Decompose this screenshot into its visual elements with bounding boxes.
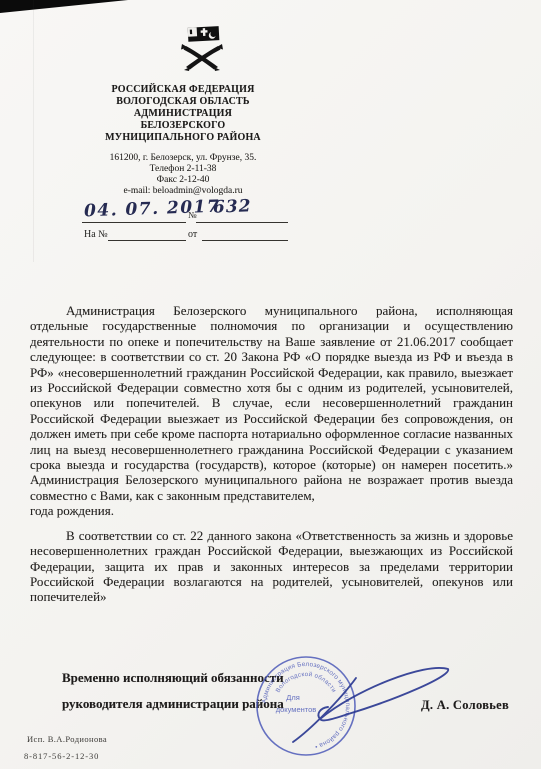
reply-from-label: от [188, 229, 197, 240]
handwritten-outgoing-number: 632 [213, 196, 252, 217]
letterhead-line: МУНИЦИПАЛЬНОГО РАЙОНА [57, 132, 309, 144]
stamp-and-signature: Администрация Белозерского муниципальног… [246, 644, 458, 769]
stamp-center-line-1: Для [286, 693, 300, 702]
fax-line: Факс 2-12-40 [57, 175, 309, 186]
letterhead-line: ВОЛОГОДСКАЯ ОБЛАСТЬ [57, 96, 309, 108]
scan-artifact-top-left [0, 0, 128, 13]
address-line: 161200, г. Белозерск, ул. Фрунзе, 35. [57, 153, 309, 164]
belozersk-coat-of-arms-icon [177, 26, 223, 72]
reply-number-underline [108, 240, 186, 241]
reply-to-label: На № [84, 229, 108, 240]
round-stamp-icon: Администрация Белозерского муниципальног… [257, 657, 355, 755]
letterhead-line: АДМИНИСТРАЦИЯ [57, 108, 309, 120]
handwritten-date: 04. 07. 2017 [84, 197, 221, 222]
letterhead-org-block: РОССИЙСКАЯ ФЕДЕРАЦИЯ ВОЛОГОДСКАЯ ОБЛАСТЬ… [57, 84, 309, 144]
number-sign: № [188, 210, 197, 220]
paragraph: В соответствии со ст. 22 данного закона … [30, 528, 513, 605]
scan-crease-line [33, 0, 34, 262]
letter-body: Администрация Белозерского муниципальног… [30, 303, 513, 605]
reply-date-underline [202, 240, 288, 241]
letterhead-line: БЕЛОЗЕРСКОГО [57, 120, 309, 132]
executor-name: Исп. В.А.Родионова [27, 734, 107, 744]
date-underline [82, 222, 186, 223]
stamp-center-line-2: документов [276, 705, 317, 714]
scanned-official-letter: РОССИЙСКАЯ ФЕДЕРАЦИЯ ВОЛОГОДСКАЯ ОБЛАСТЬ… [0, 0, 541, 769]
executor-phone: 8-817-56-2-12-30 [24, 751, 99, 761]
number-underline [196, 222, 288, 223]
paragraph-tail: года рождения. [30, 503, 513, 518]
phone-line: Телефон 2-11-38 [57, 164, 309, 175]
letterhead-contact-block: 161200, г. Белозерск, ул. Фрунзе, 35. Те… [57, 153, 309, 197]
letterhead-line: РОССИЙСКАЯ ФЕДЕРАЦИЯ [57, 84, 309, 96]
email-line: e-mail: beloadmin@vologda.ru [57, 186, 309, 197]
paragraph: Администрация Белозерского муниципальног… [30, 303, 513, 503]
